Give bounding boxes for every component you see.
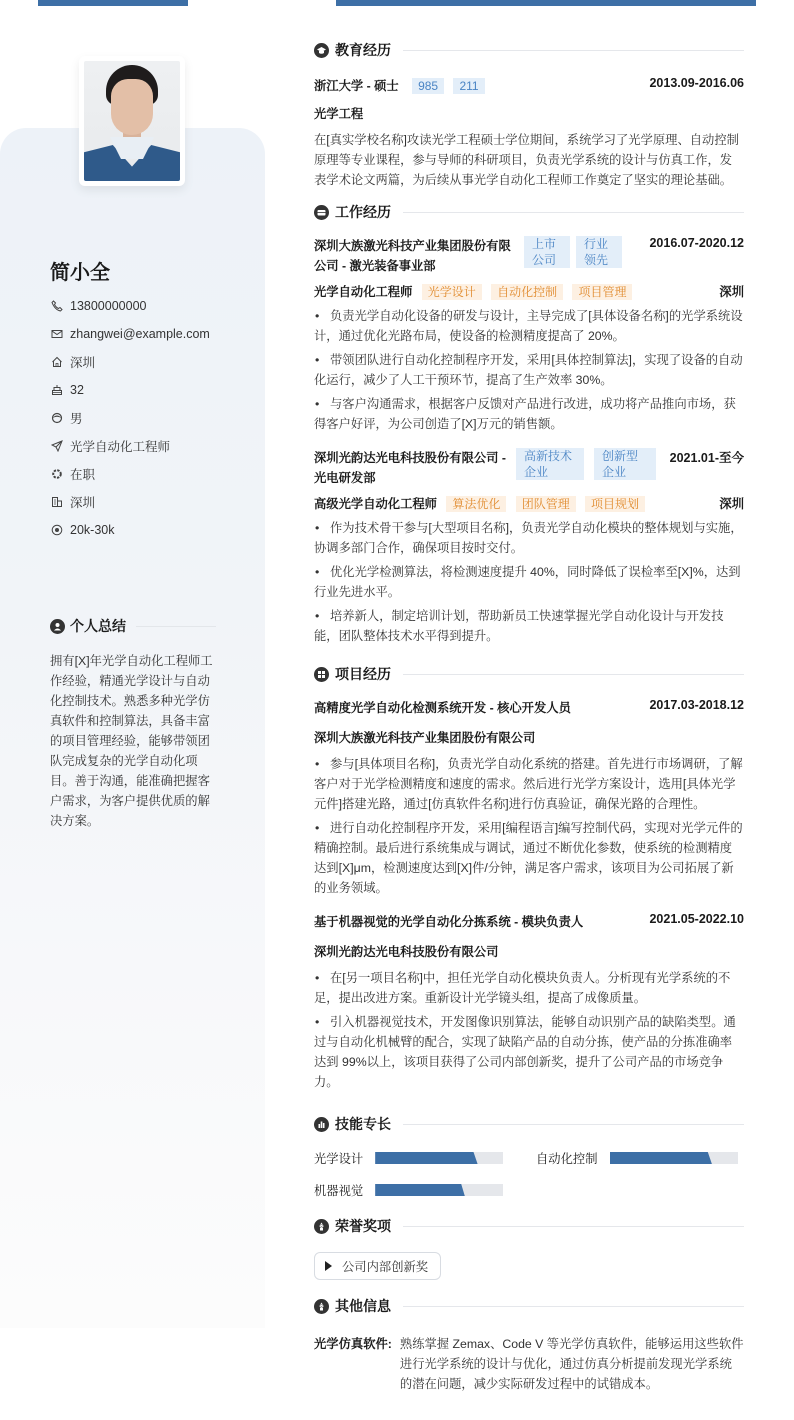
job-icon: [50, 439, 64, 453]
residence-text: 深圳: [70, 353, 95, 371]
skills-heading: 技能专长: [314, 1112, 744, 1136]
summary-title: 个人总结: [70, 616, 126, 636]
education-description: 在[真实学校名称]攻读光学工程硕士学位期间，系统学习了光学原理、自动控制原理等专…: [314, 130, 744, 190]
company-tag: 高新技术企业: [516, 448, 584, 480]
other-title: 其他信息: [335, 1296, 391, 1316]
education-date: 2013.09-2016.06: [649, 76, 744, 90]
status-icon: [50, 467, 64, 481]
accent-bar-left: [38, 0, 188, 6]
age-icon: [50, 383, 64, 397]
project-company: 深圳大族激光科技产业集团股份有限公司: [314, 728, 744, 746]
divider: [403, 212, 744, 213]
other-key: 光学仿真软件:: [314, 1334, 392, 1394]
position-text: 光学自动化工程师: [70, 437, 170, 455]
skill-bar-fill: [375, 1152, 477, 1164]
school-name: 浙江大学 - 硕士: [314, 79, 399, 93]
info-phone: 13800000000: [50, 292, 210, 320]
salary-text: 20k-30k: [70, 523, 114, 537]
skill-bar: [375, 1184, 503, 1196]
accent-bar-right: [336, 0, 756, 6]
skill-bar-fill: [610, 1152, 712, 1164]
skill-name: 自动化控制: [536, 1149, 598, 1167]
main-content: 教育经历 浙江大学 - 硕士 985 211 2013.09-2016.06 光…: [314, 38, 744, 1394]
info-email: zhangwei@example.com: [50, 320, 210, 348]
skills-list: 光学设计 自动化控制 机器视觉: [314, 1148, 744, 1200]
other-heading: 其他信息: [314, 1294, 744, 1318]
education-title: 教育经历: [335, 40, 391, 60]
major: 光学工程: [314, 104, 744, 122]
divider: [403, 1124, 744, 1125]
salary-icon: [50, 523, 64, 537]
info-residence: 深圳: [50, 348, 210, 376]
skill-bar: [610, 1152, 738, 1164]
project-bullet: •引入机器视觉技术，开发图像识别算法，能够自动识别产品的缺陷类型。通过与自动化机…: [314, 1012, 744, 1092]
project-name: 高精度光学自动化检测系统开发 - 核心开发人员: [314, 698, 571, 716]
profile-photo: [84, 61, 180, 181]
work-item: 深圳光韵达光电科技股份有限公司 - 光电研发部 高新技术企业 创新型企业 202…: [314, 448, 744, 646]
company-name: 深圳光韵达光电科技股份有限公司 - 光电研发部: [314, 448, 510, 488]
skills-title: 技能专长: [335, 1114, 391, 1134]
education-heading: 教育经历: [314, 38, 744, 62]
other-value: 熟练掌握 Zemax、Code V 等光学仿真软件，能够运用这些软件进行光学系统…: [400, 1334, 744, 1394]
work-bullet: •负责光学自动化设备的研发与设计，主导完成了[具体设备名称]的光学系统设计，通过…: [314, 306, 744, 346]
project-name: 基于机器视觉的光学自动化分拣系统 - 模块负责人: [314, 912, 583, 930]
gender-text: 男: [70, 409, 83, 427]
projects-title: 项目经历: [335, 664, 391, 684]
age-text: 32: [70, 383, 84, 397]
skill-tag: 项目管理: [572, 284, 632, 300]
summary-heading: 个人总结: [50, 616, 216, 636]
project-bullet: •参与[具体项目名称]，负责光学自动化系统的搭建。首先进行市场调研，了解客户对于…: [314, 754, 744, 814]
skill-item: 光学设计: [314, 1148, 536, 1168]
divider: [403, 674, 744, 675]
divider: [403, 1226, 744, 1227]
city-text: 深圳: [70, 493, 95, 511]
skill-name: 光学设计: [314, 1149, 363, 1167]
skill-tag: 自动化控制: [491, 284, 563, 300]
education-header: 浙江大学 - 硕士 985 211 2013.09-2016.06: [314, 76, 744, 94]
project-date: 2017.03-2018.12: [649, 698, 744, 712]
candidate-name: 简小全: [50, 256, 110, 285]
skill-name: 机器视觉: [314, 1181, 363, 1199]
work-item: 深圳大族激光科技产业集团股份有限公司 - 激光装备事业部 上市公司 行业领先 2…: [314, 236, 744, 434]
work-bullet: •作为技术骨干参与[大型项目名称]，负责光学自动化模块的整体规划与实施，协调多部…: [314, 518, 744, 558]
divider: [136, 626, 216, 627]
awards-heading: 荣誉奖项: [314, 1214, 744, 1238]
work-date: 2016.07-2020.12: [622, 236, 744, 250]
school-tag: 211: [453, 78, 484, 94]
play-icon: [325, 1261, 332, 1271]
work-date: 2021.01-至今: [656, 448, 744, 466]
info-age: 32: [50, 376, 210, 404]
mail-icon: [50, 327, 64, 341]
award-name: 公司内部创新奖: [342, 1257, 428, 1275]
info-status: 在职: [50, 460, 210, 488]
skill-item: 自动化控制: [536, 1148, 744, 1168]
school-tag: 985: [412, 78, 444, 94]
avatar: [79, 56, 185, 186]
work-bullet: •带领团队进行自动化控制程序开发，采用[具体控制算法]，实现了设备的自动化运行，…: [314, 350, 744, 390]
grid-icon: [314, 667, 329, 682]
project-date: 2021.05-2022.10: [649, 912, 744, 926]
skill-tag: 团队管理: [516, 496, 576, 512]
summary-text: 拥有[X]年光学自动化工程师工作经验，精通光学设计与自动化控制技术。熟悉多种光学…: [50, 651, 214, 831]
info-salary: 20k-30k: [50, 516, 210, 544]
work-title: 工作经历: [335, 202, 391, 222]
project-bullet: •进行自动化控制程序开发，采用[编程语言]编写控制代码，实现对光学元件的精确控制…: [314, 818, 744, 898]
projects-heading: 项目经历: [314, 662, 744, 686]
gender-icon: [50, 411, 64, 425]
project-company: 深圳光韵达光电科技股份有限公司: [314, 942, 744, 960]
info-icon: [314, 1299, 329, 1314]
project-bullet: •在[另一项目名称]中，担任光学自动化模块负责人。分析现有光学系统的不足，提出改…: [314, 968, 744, 1008]
phone-icon: [50, 299, 64, 313]
work-bullet: •优化光学检测算法，将检测速度提升 40%，同时降低了误检率至[X]%，达到行业…: [314, 562, 744, 602]
phone-text: 13800000000: [70, 299, 146, 313]
status-text: 在职: [70, 465, 95, 483]
divider: [403, 50, 744, 51]
info-gender: 男: [50, 404, 210, 432]
bar-chart-icon: [314, 1117, 329, 1132]
work-location: 深圳: [719, 282, 744, 300]
company-name: 深圳大族激光科技产业集团股份有限公司 - 激光装备事业部: [314, 236, 514, 276]
company-tag: 行业领先: [576, 236, 622, 268]
job-title: 光学自动化工程师: [314, 285, 412, 299]
work-heading: 工作经历: [314, 200, 744, 224]
job-title: 高级光学自动化工程师: [314, 497, 437, 511]
graduation-cap-icon: [314, 43, 329, 58]
work-bullet: •与客户沟通需求，根据客户反馈对产品进行改进，成功将产品推向市场，获得客户好评，…: [314, 394, 744, 434]
other-item: 光学仿真软件: 熟练掌握 Zemax、Code V 等光学仿真软件，能够运用这些…: [314, 1334, 744, 1394]
company-tag: 创新型企业: [594, 448, 656, 480]
work-bullet: •培养新人，制定培训计划，帮助新员工快速掌握光学自动化设计与开发技能，团队整体技…: [314, 606, 744, 646]
skill-bar: [375, 1152, 503, 1164]
skill-bar-fill: [375, 1184, 465, 1196]
user-circle-icon: [50, 619, 65, 634]
home-icon: [50, 355, 64, 369]
awards-title: 荣誉奖项: [335, 1216, 391, 1236]
skill-item: 机器视觉: [314, 1180, 536, 1200]
work-location: 深圳: [719, 494, 744, 512]
info-city: 深圳: [50, 488, 210, 516]
award-icon: [314, 1219, 329, 1234]
info-position: 光学自动化工程师: [50, 432, 210, 460]
city-icon: [50, 495, 64, 509]
contact-info-list: 13800000000 zhangwei@example.com 深圳 32 男…: [50, 292, 210, 544]
skill-tag: 算法优化: [446, 496, 506, 512]
award-item[interactable]: 公司内部创新奖: [314, 1252, 441, 1280]
project-item: 基于机器视觉的光学自动化分拣系统 - 模块负责人 2021.05-2022.10…: [314, 912, 744, 1092]
divider: [403, 1306, 744, 1307]
email-text: zhangwei@example.com: [70, 327, 210, 341]
skill-tag: 项目规划: [585, 496, 645, 512]
company-tag: 上市公司: [524, 236, 570, 268]
skill-tag: 光学设计: [422, 284, 482, 300]
project-item: 高精度光学自动化检测系统开发 - 核心开发人员 2017.03-2018.12 …: [314, 698, 744, 898]
briefcase-icon: [314, 205, 329, 220]
